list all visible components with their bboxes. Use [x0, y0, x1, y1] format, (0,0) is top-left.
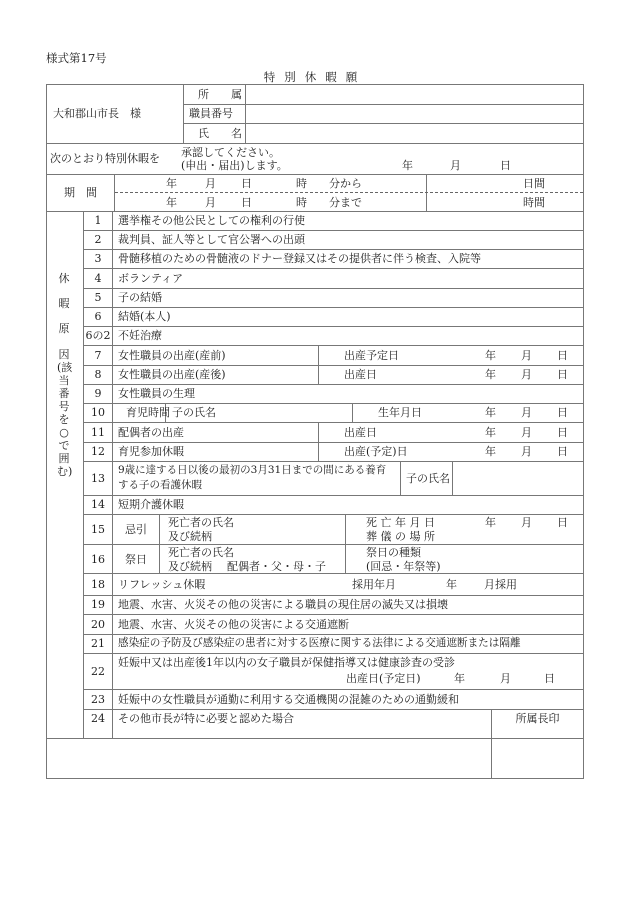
birth-date-month[interactable]: 月 — [521, 368, 532, 381]
reason-no[interactable]: 4 — [84, 272, 112, 285]
reason-no[interactable]: 12 — [84, 445, 112, 458]
reason-text: 女性職員の生理 — [118, 387, 195, 400]
reason-no[interactable]: 15 — [84, 523, 112, 536]
due-date-label: 出産予定日 — [344, 349, 399, 362]
reason-no[interactable]: 11 — [84, 426, 112, 439]
birth-date-label: 出産日 — [344, 368, 377, 381]
death-date-month[interactable]: 月 — [521, 516, 532, 529]
reason-no[interactable]: 1 — [84, 214, 112, 227]
birth-expected-month[interactable]: 月 — [500, 672, 511, 685]
due-date-month[interactable]: 月 — [521, 349, 532, 362]
reason-no[interactable]: 10 — [84, 406, 112, 419]
reason-text: 骨髄移植のための骨髄液のドナー登録又はその提供者に伴う検査、入院等 — [118, 252, 481, 265]
reason-text: 配偶者の出産 — [118, 426, 184, 439]
birth-date-label: 出産日 — [344, 426, 377, 439]
reason-no[interactable]: 2 — [84, 233, 112, 246]
reason-text: 妊娠中又は出産後1年以内の女子職員が保健指導又は健康診査の受診 — [118, 656, 455, 669]
name-field[interactable] — [247, 124, 582, 142]
supervisor-seal-box[interactable] — [492, 739, 582, 777]
request-lead: 次のとおり特別休暇を — [50, 152, 160, 165]
birth-date-year[interactable]: 年 — [485, 368, 496, 381]
expected-birth-year[interactable]: 年 — [485, 445, 496, 458]
reason-no[interactable]: 18 — [84, 578, 112, 591]
reason-no[interactable]: 23 — [84, 693, 112, 706]
reason-text: 地震、水害、火災その他の災害による職員の現住居の滅失又は損壊 — [118, 598, 448, 611]
reason-text: ボランティア — [118, 272, 183, 285]
reason-text: 女性職員の出産(産前) — [118, 349, 226, 362]
period-label: 期 間 — [64, 186, 97, 199]
reason-text: 育児時間 — [126, 406, 170, 419]
form-title: 特別休暇願 — [0, 69, 630, 85]
reasons-side-label-1: 休 — [57, 272, 71, 285]
reason-text: 妊娠中の女性職員が通勤に利用する交通機関の混雑のための通勤緩和 — [118, 693, 459, 706]
period-to-month[interactable]: 月 — [205, 196, 216, 209]
reasons-side-label-3: 原 — [57, 322, 71, 335]
reason-text: 女性職員の出産(産後) — [118, 368, 226, 381]
birth-date-day[interactable]: 日 — [557, 426, 568, 439]
period-to-minute[interactable]: 分まで — [329, 196, 362, 209]
reason-text: 忌引 — [113, 523, 159, 536]
hire-date-label: 採用年月 — [352, 578, 396, 591]
deceased-relation-label: 及び続柄 — [168, 530, 212, 543]
due-date-day[interactable]: 日 — [557, 349, 568, 362]
birth-date-day[interactable]: 日 — [557, 368, 568, 381]
period-days-unit[interactable]: 日間 — [523, 177, 545, 190]
request-submit-text: (申出・届出)します。 — [181, 159, 288, 172]
reason-text: 結婚(本人) — [118, 310, 171, 323]
birth-date-month[interactable]: 月 — [521, 426, 532, 439]
relation-options[interactable]: 配偶者・父・母・子 — [227, 560, 326, 573]
reason-no[interactable]: 20 — [84, 618, 112, 631]
reason-no[interactable]: 7 — [84, 349, 112, 362]
reason-no[interactable]: 14 — [84, 498, 112, 511]
period-from-day[interactable]: 日 — [241, 177, 252, 190]
reason-no[interactable]: 21 — [84, 637, 112, 650]
period-to-year[interactable]: 年 — [166, 196, 177, 209]
child-birthdate-year[interactable]: 年 — [485, 406, 496, 419]
reason-text: 裁判員、証人等として官公署への出頭 — [118, 233, 305, 246]
reason-no[interactable]: 9 — [84, 387, 112, 400]
reason-text: その他市長が特に必要と認めた場合 — [118, 712, 294, 725]
department-field[interactable] — [247, 85, 582, 103]
reason-text: 選挙権その他公民としての権利の行使 — [118, 214, 305, 227]
reasons-side-label-2: 暇 — [57, 297, 71, 310]
memorial-type-options: (回忌・年祭等) — [366, 560, 441, 573]
memorial-type-label: 祭日の種類 — [366, 546, 421, 559]
deceased-name-label: 死亡者の氏名 — [168, 516, 234, 529]
death-date-day[interactable]: 日 — [557, 516, 568, 529]
form-number: 様式第17号 — [46, 50, 107, 66]
child-name-label: 子の氏名 — [406, 472, 450, 485]
period-to-day[interactable]: 日 — [241, 196, 252, 209]
reason-text-line1: 9歳に達する日以後の最初の3月31日までの間にある養育 — [118, 464, 386, 477]
reason-text: 感染症の予防及び感染症の患者に対する医療に関する法律による交通遮断または隔離 — [118, 637, 521, 650]
birth-expected-label: 出産日(予定日) — [346, 672, 421, 685]
remarks-field[interactable] — [47, 739, 490, 777]
expected-birth-day[interactable]: 日 — [557, 445, 568, 458]
expected-birth-month[interactable]: 月 — [521, 445, 532, 458]
period-from-minute[interactable]: 分から — [329, 177, 362, 190]
birth-expected-day[interactable]: 日 — [544, 672, 555, 685]
period-to-hour[interactable]: 時 — [296, 196, 307, 209]
child-name-label: 子の氏名 — [172, 406, 216, 419]
reasons-side-label-4: 因(該当番号を○で囲む) — [57, 348, 71, 478]
period-from-hour[interactable]: 時 — [296, 177, 307, 190]
reason-no[interactable]: 19 — [84, 598, 112, 611]
reason-no[interactable]: 6 — [84, 310, 112, 323]
reason-no[interactable]: 6の2 — [84, 329, 112, 342]
child-birthdate-label: 生年月日 — [378, 406, 422, 419]
birth-date-year[interactable]: 年 — [485, 426, 496, 439]
reason-text: 短期介護休暇 — [118, 498, 184, 511]
reason-no[interactable]: 24 — [84, 712, 112, 725]
reason-text: リフレッシュ休暇 — [118, 578, 205, 591]
reason-no[interactable]: 13 — [84, 472, 112, 485]
hire-date-month[interactable]: 月採用 — [484, 578, 517, 591]
reason-text: 地震、水害、火災その他の災害による交通遮断 — [118, 618, 349, 631]
addressee: 大和郡山市長 様 — [53, 107, 141, 120]
employee-no-field[interactable] — [247, 105, 582, 122]
reason-no[interactable]: 5 — [84, 291, 112, 304]
hire-date-year[interactable]: 年 — [446, 578, 457, 591]
deceased-relation-label: 及び続柄 — [168, 560, 212, 573]
reason-text: 子の結婚 — [118, 291, 162, 304]
reason-no[interactable]: 22 — [84, 665, 112, 678]
reason-no[interactable]: 3 — [84, 252, 112, 265]
request-approve-text: 承認してください。 — [181, 146, 280, 159]
child-name-field[interactable] — [454, 462, 582, 494]
department-label: 所 属 — [198, 88, 242, 101]
period-hours-unit[interactable]: 時間 — [523, 196, 545, 209]
child-birthdate-day[interactable]: 日 — [557, 406, 568, 419]
reason-text: 育児参加休暇 — [118, 445, 184, 458]
name-label: 氏 名 — [198, 127, 242, 140]
request-date-year[interactable]: 年 — [402, 159, 413, 172]
period-from-year[interactable]: 年 — [166, 177, 177, 190]
employee-no-label: 職員番号 — [189, 107, 233, 120]
request-date-day[interactable]: 日 — [500, 159, 511, 172]
request-date-month[interactable]: 月 — [450, 159, 461, 172]
expected-birth-label: 出産(予定)日 — [344, 445, 408, 458]
reason-text: 祭日 — [113, 553, 159, 566]
reason-text: 不妊治療 — [118, 329, 162, 342]
period-from-month[interactable]: 月 — [205, 177, 216, 190]
deceased-name-label: 死亡者の氏名 — [168, 546, 234, 559]
reason-no[interactable]: 8 — [84, 368, 112, 381]
due-date-year[interactable]: 年 — [485, 349, 496, 362]
death-date-label: 死 亡 年 月 日 — [366, 516, 435, 529]
birth-expected-year[interactable]: 年 — [454, 672, 465, 685]
supervisor-seal-label: 所属長印 — [492, 712, 583, 725]
reason-no[interactable]: 16 — [84, 553, 112, 566]
death-date-year[interactable]: 年 — [485, 516, 496, 529]
child-birthdate-month[interactable]: 月 — [521, 406, 532, 419]
funeral-place-label: 葬 儀 の 場 所 — [366, 530, 435, 543]
reason-text-line2: する子の看護休暇 — [118, 479, 202, 492]
